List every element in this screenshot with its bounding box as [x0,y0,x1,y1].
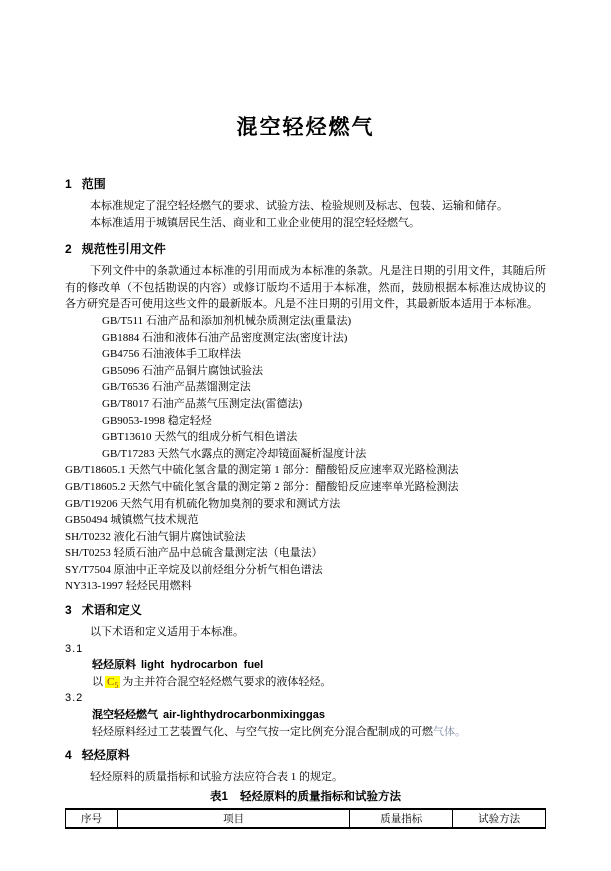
scope-paragraph-2: 本标准适用于城镇居民生活、商业和工业企业使用的混空轻烃燃气。 [65,215,546,232]
reference-item: GBT13610 天然气的组成分析气相色谱法 [65,429,546,446]
section-4-body: 轻烃原料的质量指标和试验方法应符合表 1 的规定。 [65,769,546,786]
highlighted-chemical-formula: C5 [105,676,120,688]
normative-intro-paragraph: 下列文件中的条款通过本标准的引用而成为本标准的条款。凡是注日期的引用文件，其随后… [65,263,546,313]
reference-item: GB/T17283 天然气水露点的测定冷却镜面凝析湿度计法 [65,446,546,463]
col-header-quality-index: 质量指标 [350,809,453,828]
reference-item: GB9053-1998 稳定轻烃 [65,413,546,430]
term-2-definition: 轻烃原料经过工艺装置气化、与空气按一定比例充分混合配制成的可燃气体。 [65,724,546,741]
term-2-zh: 混空轻烃燃气 [92,709,158,721]
section-2-body: 下列文件中的条款通过本标准的引用而成为本标准的条款。凡是注日期的引用文件，其随后… [65,263,546,595]
term-2-def-main: 轻烃原料经过工艺装置气化、与空气按一定比例充分混合配制成的可燃 [92,726,433,738]
scope-paragraph-1: 本标准规定了混空轻烃燃气的要求、试验方法、检验规则及标志、包装、运输和储存。 [65,198,546,215]
document-title: 混空轻烃燃气 [65,116,546,140]
section-2-heading: 2规范性引用文件 [65,241,546,257]
reference-item: GB50494 城镇燃气技术规范 [65,512,546,529]
section-2-number: 2 [65,241,72,257]
reference-item: GB/T18605.2 天然气中硫化氢含量的测定第 2 部分：醋酸铅反应速率单光… [65,479,546,496]
term-1-en: light hydrocarbon fuel [141,659,263,671]
section-1-title: 范围 [82,177,106,191]
reference-item: GB/T18605.1 天然气中硫化氢含量的测定第 1 部分：醋酸铅反应速率双光… [65,462,546,479]
term-2-name: 混空轻烃燃气air-lighthydrocarbonmixinggas [65,707,546,724]
reference-item: SH/T0232 液化石油气铜片腐蚀试验法 [65,529,546,546]
term-2-en: air-lighthydrocarbonmixinggas [163,709,325,721]
table-1-label: 表1 [210,791,228,803]
term-1-name: 轻烃原料light hydrocarbon fuel [65,657,546,674]
term-1-def-pre: 以 [92,676,103,688]
section-4-title: 轻烃原料 [82,748,130,762]
reference-item: GB/T6536 石油产品蒸馏测定法 [65,379,546,396]
col-header-item: 项目 [117,809,349,828]
reference-item: SY/T7504 原油中正辛烷及以前烃组分分析气相色谱法 [65,562,546,579]
section-1-number: 1 [65,176,72,192]
col-header-serial: 序号 [66,809,118,828]
term-2-id: 3.2 [65,690,546,707]
section-3-heading: 3术语和定义 [65,602,546,618]
term-1-def-post: 为主并符合混空轻烃燃气要求的液体轻烃。 [122,676,331,688]
reference-item: GB/T8017 石油产品蒸气压测定法(雷德法) [65,396,546,413]
reference-item: GB1884 石油和液体石油产品密度测定法(密度计法) [65,330,546,347]
section-1-body: 本标准规定了混空轻烃燃气的要求、试验方法、检验规则及标志、包装、运输和储存。 本… [65,198,546,231]
table-1-title: 轻烃原料的质量指标和试验方法 [240,791,401,803]
col-header-test-method: 试验方法 [453,809,546,828]
reference-item: GB/T19206 天然气用有机硫化物加臭剂的要求和测试方法 [65,496,546,513]
section-2-title: 规范性引用文件 [82,242,166,256]
reference-item: GB/T511 石油产品和添加剂机械杂质测定法(重量法) [65,313,546,330]
raw-material-paragraph: 轻烃原料的质量指标和试验方法应符合表 1 的规定。 [65,769,546,786]
term-1-zh: 轻烃原料 [92,659,136,671]
section-3-body: 以下术语和定义适用于本标准。 3.1 轻烃原料light hydrocarbon… [65,624,546,740]
chem-subscript: 5 [114,681,118,690]
reference-item: NY313-1997 轻烃民用燃料 [65,578,546,595]
term-1-id: 3.1 [65,641,546,658]
table-1-caption: 表1轻烃原料的质量指标和试验方法 [65,789,546,805]
term-1-definition: 以C5为主并符合混空轻烃燃气要求的液体轻烃。 [65,674,546,691]
quality-index-table: 序号 项目 质量指标 试验方法 [65,808,546,829]
document-page: 混空轻烃燃气 1范围 本标准规定了混空轻烃燃气的要求、试验方法、检验规则及标志、… [0,0,611,871]
table-header-row: 序号 项目 质量指标 试验方法 [66,809,546,828]
section-4-number: 4 [65,747,72,763]
reference-item: GB5096 石油产品铜片腐蚀试验法 [65,363,546,380]
terms-intro: 以下术语和定义适用于本标准。 [65,624,546,641]
reference-item: SH/T0253 轻质石油产品中总硫含量测定法（电量法） [65,545,546,562]
section-4-heading: 4轻烃原料 [65,747,546,763]
term-2-def-tail: 气体。 [433,726,466,738]
section-1-heading: 1范围 [65,176,546,192]
reference-item: GB4756 石油液体手工取样法 [65,346,546,363]
section-3-title: 术语和定义 [82,603,142,617]
section-3-number: 3 [65,602,72,618]
